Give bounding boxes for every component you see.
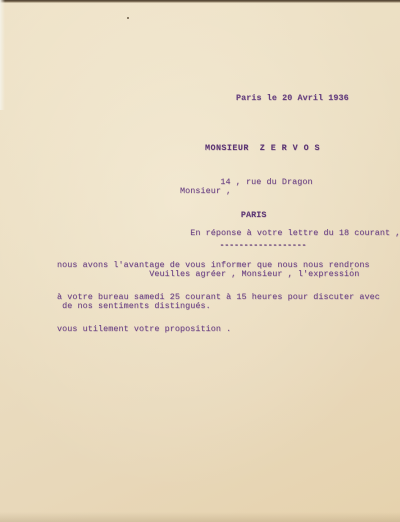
body-line: En réponse à votre lettre du 18 courant … — [57, 228, 400, 239]
closing-line: de nos sentiments distingués. — [57, 301, 359, 312]
paper-top-edge-shadow — [0, 0, 400, 3]
letter-scan: Paris le 20 Avril 1936 MONSIEUR Z E R V … — [0, 0, 400, 522]
salutation: Monsieur , — [180, 186, 231, 197]
closing-line: Veuilles agréer , Monsieur , l'expressio… — [57, 269, 359, 280]
paper-speck — [127, 17, 129, 19]
paper-bottom-edge-shadow — [0, 512, 400, 522]
recipient-name: MONSIEUR Z E R V O S — [205, 143, 320, 154]
closing-paragraph: Veuilles agréer , Monsieur , l'expressio… — [57, 248, 359, 333]
date-line: Paris le 20 Avril 1936 — [236, 93, 349, 104]
paper-left-edge-highlight — [0, 0, 5, 110]
